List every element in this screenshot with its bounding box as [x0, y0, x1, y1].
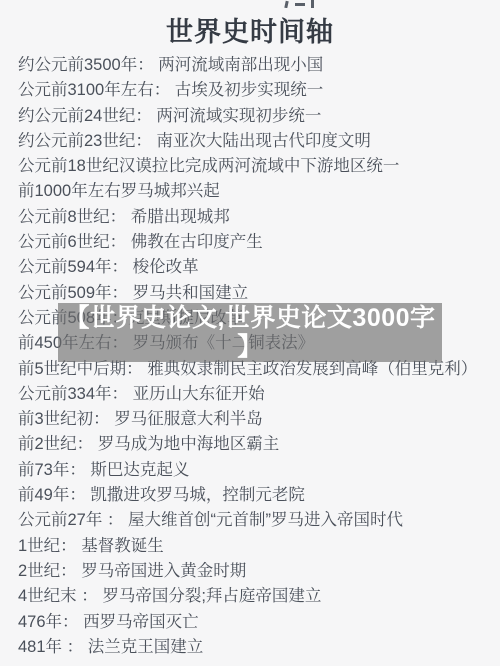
timeline-entry: 约公元前23世纪： 南亚次大陆出现古代印度文明	[18, 129, 494, 154]
timeline-entry: 476年： 西罗马帝国灭亡	[18, 610, 494, 635]
timeline-entry: 前2世纪： 罗马成为地中海地区霸主	[18, 432, 494, 457]
stroke-mark	[295, 3, 305, 6]
watermark-text-line1: 【世界史论文,世界史论文3000字	[58, 304, 442, 333]
timeline-entry: 公元前8世纪： 希腊出现城邦	[18, 205, 494, 230]
cropped-text-fragment	[282, 0, 322, 8]
timeline-entry: 约公元前3500年： 两河流域南部出现小国	[18, 53, 494, 78]
timeline-entry: 前3世纪初： 罗马征服意大利半岛	[18, 407, 494, 432]
timeline-entry: 公元前334年： 亚历山大东征开始	[18, 382, 494, 407]
page-title: 世界史时间轴	[0, 10, 500, 49]
watermark-overlay: 【世界史论文,世界史论文3000字 】	[58, 303, 442, 362]
timeline-entry: 前1000年左右罗马城邦兴起	[18, 179, 494, 204]
stroke-mark	[284, 1, 288, 8]
stroke-mark	[311, 0, 314, 8]
timeline-entry: 前49年： 凯撒进攻罗马城，控制元老院	[18, 483, 494, 508]
timeline-entry: 公元前3100年左右： 古埃及初步实现统一	[18, 78, 494, 103]
timeline-entry: 公元前27年 ： 屋大维首创“元首制”罗马进入帝国时代	[18, 508, 494, 533]
timeline-page: 世界史时间轴 约公元前3500年： 两河流域南部出现小国 公元前3100年左右：…	[0, 0, 500, 666]
timeline-entry: 481年 ： 法兰克王国建立	[18, 635, 494, 660]
timeline-entry: 1世纪： 基督教诞生	[18, 534, 494, 559]
timeline-entry: 公元前18世纪汉谟拉比完成两河流域中下游地区统一	[18, 154, 494, 179]
timeline-entry: 2世纪： 罗马帝国进入黄金时期	[18, 559, 494, 584]
watermark-text-line2: 】	[58, 333, 442, 362]
timeline-entry: 公元前594年： 梭伦改革	[18, 255, 494, 280]
timeline-entry: 4世纪末 ： 罗马帝国分裂;拜占庭帝国建立	[18, 584, 494, 609]
timeline-entry: 约公元前24世纪： 两河流域实现初步统一	[18, 104, 494, 129]
timeline-entry: 前73年： 斯巴达克起义	[18, 458, 494, 483]
timeline-entry: 公元前6世纪： 佛教在古印度产生	[18, 230, 494, 255]
